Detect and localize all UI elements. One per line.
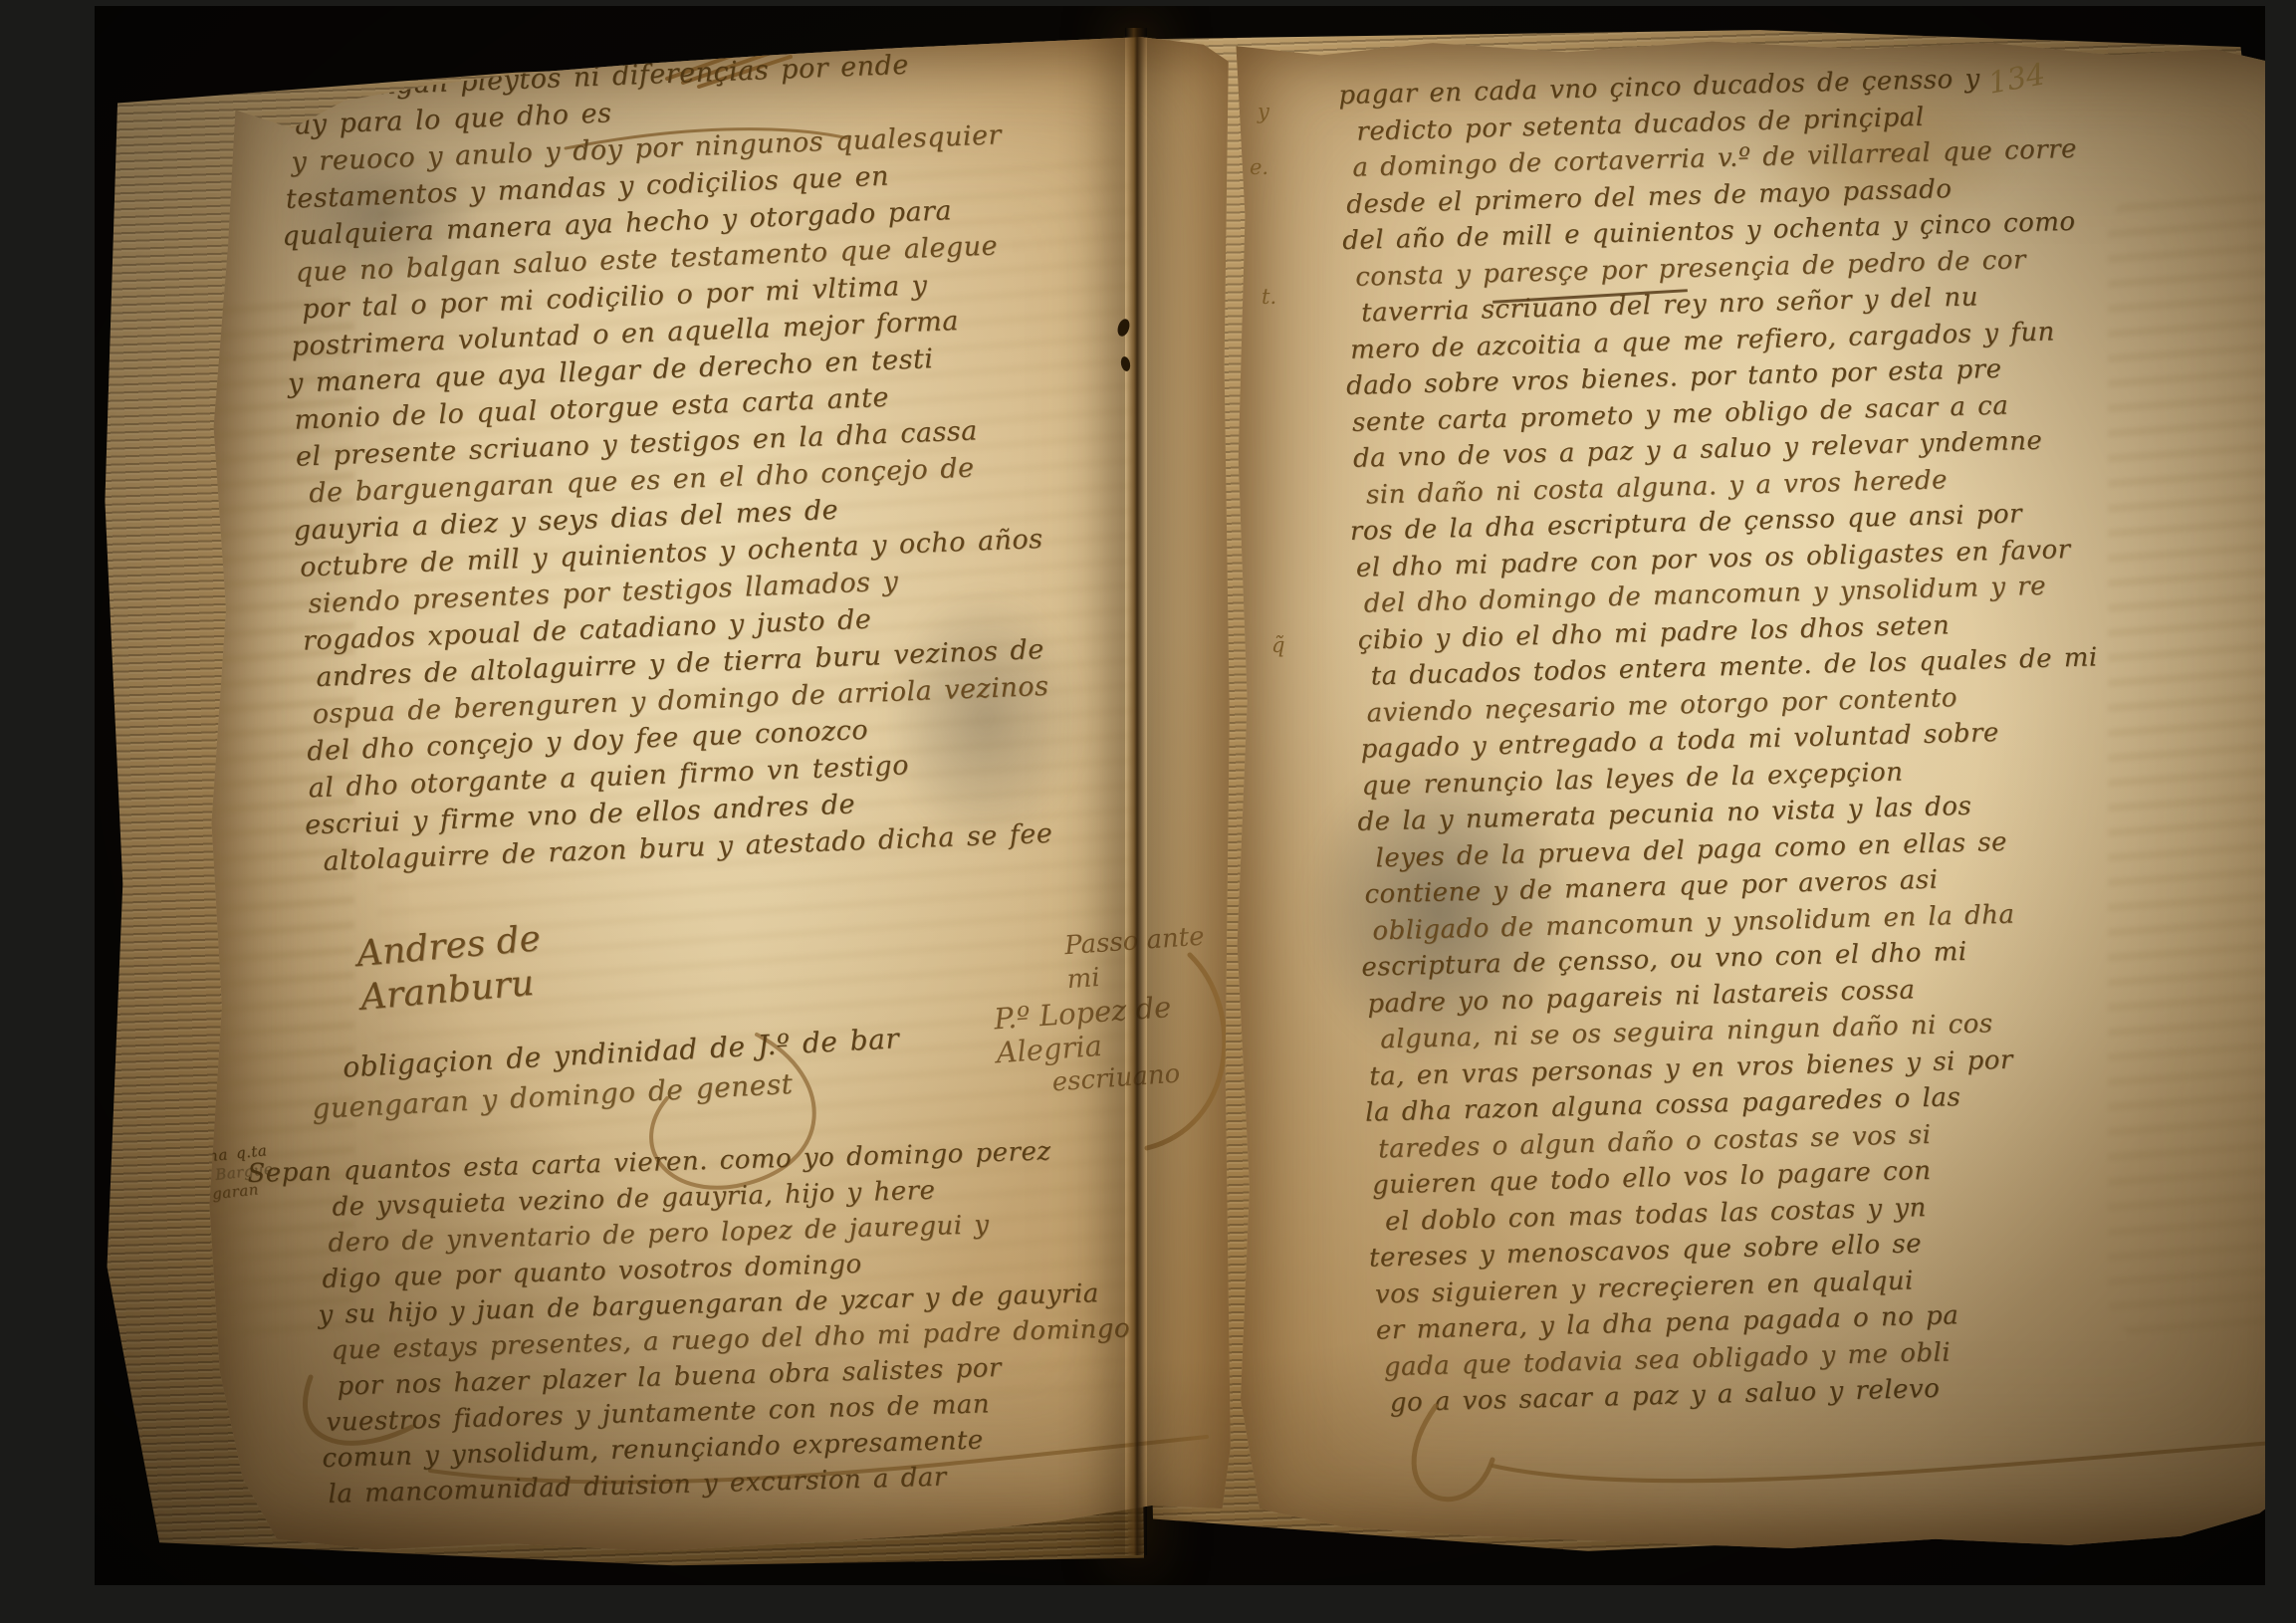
entry-heading: obligaçion de yndinidad de J.º de bargue… bbox=[297, 1019, 902, 1130]
paraph-mark: e. bbox=[1250, 155, 1268, 179]
binding-fold bbox=[1125, 28, 1147, 1555]
left-page: y no tengan pleytos ni diferençias por e… bbox=[199, 31, 1235, 1554]
photo-backdrop: y no tengan pleytos ni diferençias por e… bbox=[0, 0, 2296, 1623]
left-text-block-2: Sepan quantos esta carta vieren. como yo… bbox=[319, 1128, 1245, 1512]
signature-aranburu: Andres de Aranburu bbox=[355, 917, 547, 1021]
paraph-mark: t. bbox=[1262, 285, 1276, 309]
paraph-mark: y bbox=[1258, 100, 1269, 123]
left-text-block-1: y no tengan pleytos ni diferençias por e… bbox=[281, 35, 1238, 880]
paraph-mark: q̃ bbox=[1271, 633, 1284, 657]
right-text-block: pagar en cada vno çinco ducados de çenss… bbox=[1343, 52, 2265, 1422]
manuscript-photo: y no tengan pleytos ni diferençias por e… bbox=[95, 6, 2265, 1585]
notary-attestation: Passo ante mi P.º Lopez de Alegria escri… bbox=[960, 918, 1240, 1105]
right-page: 134 y e. t. q̃ pagar en cada vno çinco d… bbox=[1232, 34, 2265, 1551]
